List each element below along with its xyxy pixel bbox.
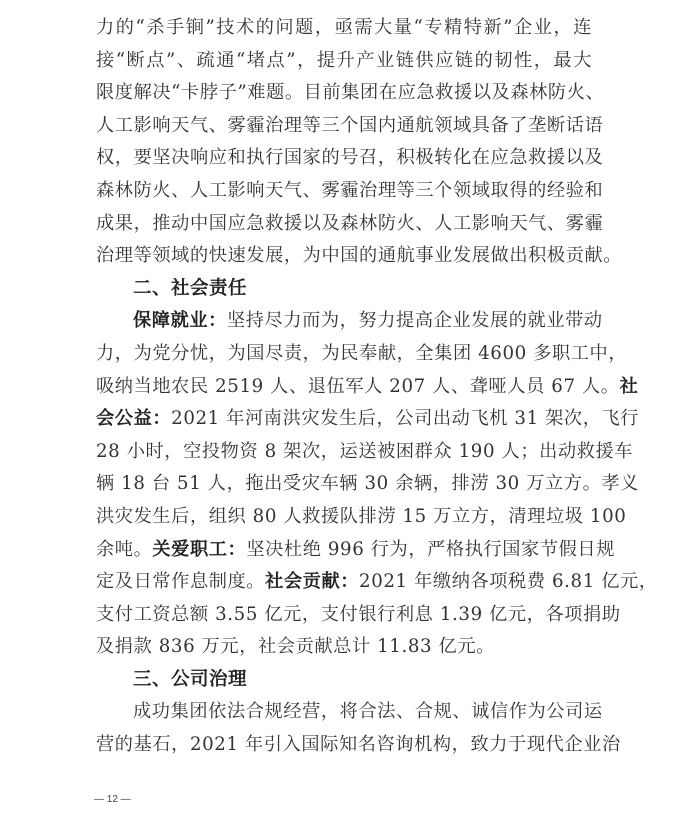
paragraph-line: 力，为党分忧，为国尽责，为民奉献，全集团 4600 多职工中， <box>96 338 592 371</box>
section-heading-corporate-governance: 三、公司治理 <box>96 664 592 697</box>
paragraph-line: 人工影响天气、雾霾治理等三个国内通航领域具备了垄断话语 <box>96 110 592 143</box>
paragraph-line: 成功集团依法合规经营，将合法、合规、诚信作为公司运 <box>96 696 592 729</box>
paragraph-line: 治理等领域的快速发展，为中国的通航事业发展做出积极贡献。 <box>96 240 592 273</box>
paragraph-line: 保障就业：坚持尽力而为，努力提高企业发展的就业带动 <box>96 305 592 338</box>
care-label: 关爱职工： <box>152 539 246 560</box>
paragraph-line: 森林防火、人工影响天气、雾霾治理等三个领域取得的经验和 <box>96 175 592 208</box>
page-number: — 12 — <box>94 794 131 805</box>
paragraph-line: 限度解决“卡脖子”难题。目前集团在应急救援以及森林防火、 <box>96 77 592 110</box>
paragraph-line: 辆 18 台 51 人，拖出受灾车辆 30 余辆，排涝 30 万立方。孝义 <box>96 468 592 501</box>
welfare-label: 社 <box>620 376 639 397</box>
paragraph-line: 接“断点”、疏通“堵点”，提升产业链供应链的韧性，最大 <box>96 45 592 78</box>
paragraph-line: 洪灾发生后，组织 80 人救援队排涝 15 万立方，清理垃圾 100 <box>96 501 592 534</box>
employment-label: 保障就业： <box>133 310 227 331</box>
welfare-label-cont: 会公益： <box>96 408 171 429</box>
paragraph-line: 28 小时，空投物资 8 架次，运送被困群众 190 人；出动救援车 <box>96 436 592 469</box>
paragraph-line: 权，要坚决响应和执行国家的号召，积极转化在应急救援以及 <box>96 142 592 175</box>
paragraph-line: 吸纳当地农民 2519 人、退伍军人 207 人、聋哑人员 67 人。社 <box>96 371 592 404</box>
paragraph-line: 力的“杀手锏”技术的问题，亟需大量“专精特新”企业，连 <box>96 12 592 45</box>
paragraph-line: 支付工资总额 3.55 亿元，支付银行利息 1.39 亿元，各项捐助 <box>96 599 592 632</box>
contribution-label: 社会贡献： <box>265 571 359 592</box>
section-heading-social-responsibility: 二、社会责任 <box>96 273 592 306</box>
paragraph-line: 余吨。关爱职工：坚决杜绝 996 行为，严格执行国家节假日规 <box>96 534 592 567</box>
paragraph-line: 营的基石，2021 年引入国际知名咨询机构，致力于现代企业治 <box>96 729 592 762</box>
paragraph-line: 定及日常作息制度。社会贡献：2021 年缴纳各项税费 6.81 亿元， <box>96 566 592 599</box>
document-page: 力的“杀手锏”技术的问题，亟需大量“专精特新”企业，连 接“断点”、疏通“堵点”… <box>96 12 592 762</box>
paragraph-line: 会公益：2021 年河南洪灾发生后，公司出动飞机 31 架次，飞行 <box>96 403 592 436</box>
paragraph-line: 及捐款 836 万元，社会贡献总计 11.83 亿元。 <box>96 631 592 664</box>
paragraph-line: 成果，推动中国应急救援以及森林防火、人工影响天气、雾霾 <box>96 208 592 241</box>
